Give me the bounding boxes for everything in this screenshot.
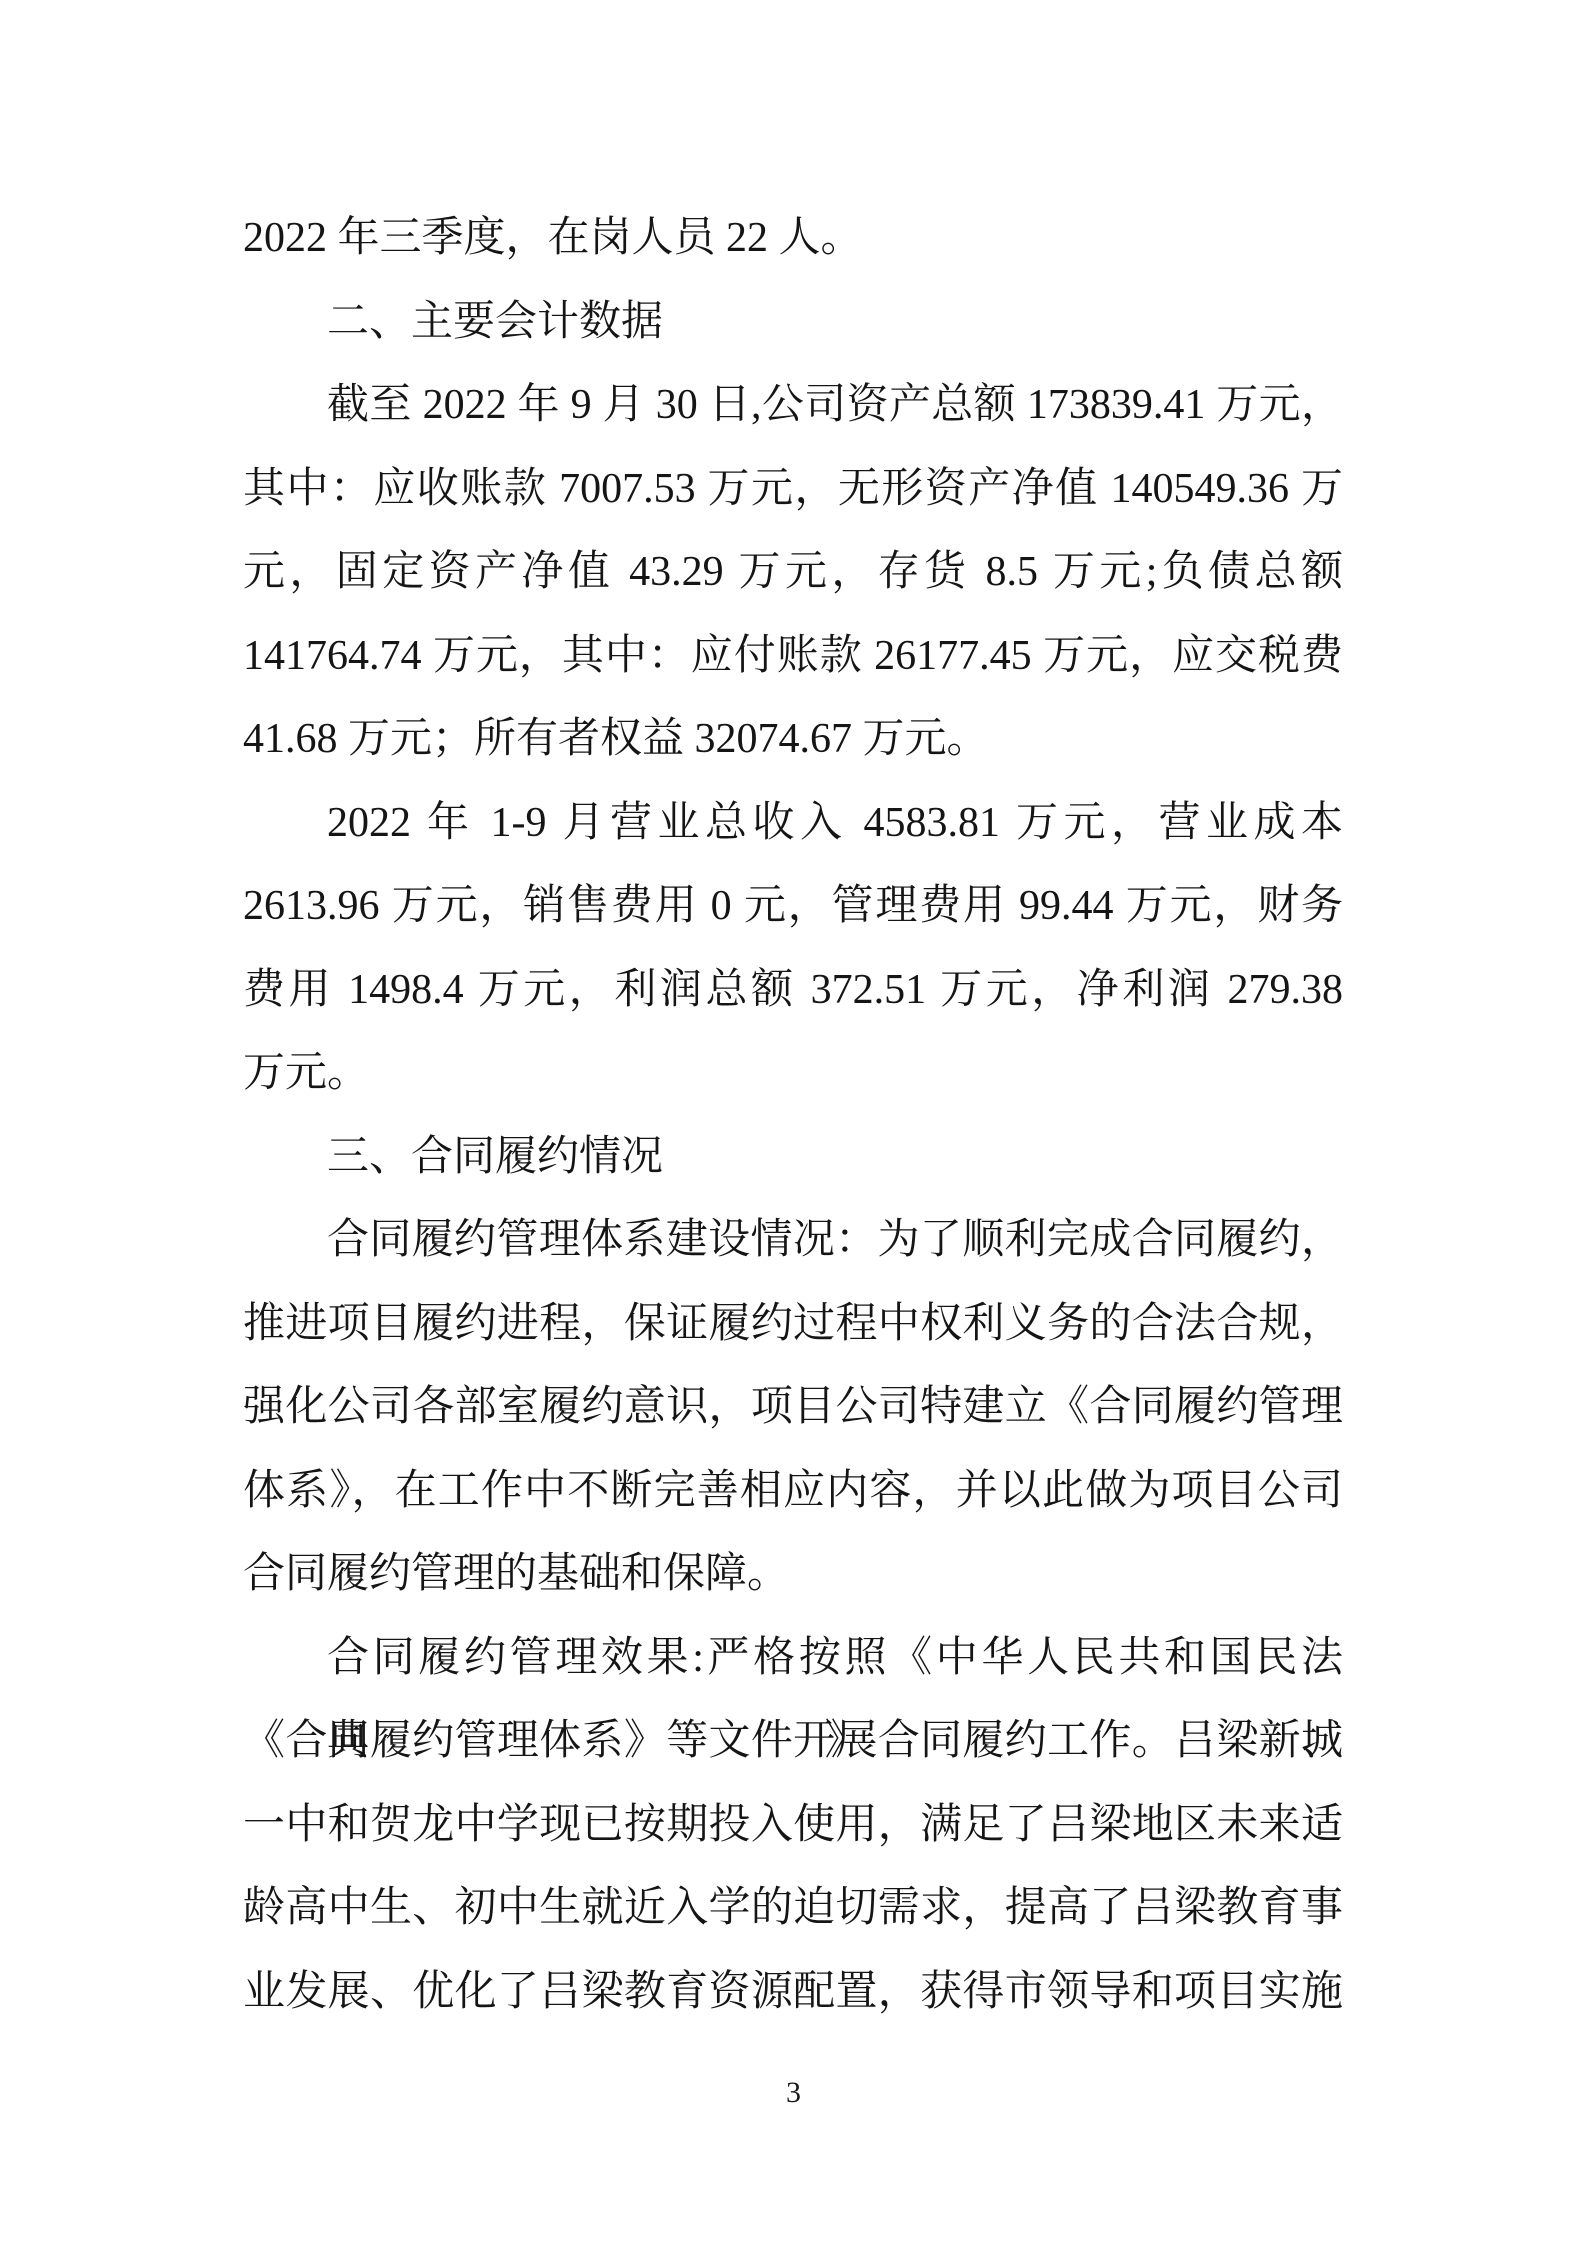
paragraph-line: 141764.74 万元，其中：应付账款 26177.45 万元，应交税费: [243, 615, 1343, 699]
paragraph-line: 2613.96 万元，销售费用 0 元，管理费用 99.44 万元，财务: [243, 865, 1343, 949]
document-page-body: 2022 年三季度，在岗人员 22 人。 二、主要会计数据 截至 2022 年 …: [243, 197, 1343, 2034]
paragraph-line: 41.68 万元；所有者权益 32074.67 万元。: [243, 698, 1343, 782]
paragraph-line: 元，固定资产净值 43.29 万元，存货 8.5 万元;负债总额: [243, 531, 1343, 615]
paragraph-line: 费用 1498.4 万元，利润总额 372.51 万元，净利润 279.38: [243, 949, 1343, 1033]
page-number: 3: [0, 2068, 1587, 2118]
paragraph-line: 万元。: [243, 1032, 1343, 1116]
paragraph-line: 《合同履约管理体系》等文件开展合同履约工作。吕梁新城: [243, 1700, 1343, 1784]
paragraph-line: 龄高中生、初中生就近入学的迫切需求，提高了吕梁教育事: [243, 1867, 1343, 1951]
paragraph-line: 合同履约管理的基础和保障。: [243, 1533, 1343, 1617]
paragraph-line: 业发展、优化了吕梁教育资源配置，获得市领导和项目实施: [243, 1951, 1343, 2035]
section-heading-3: 三、合同履约情况: [243, 1116, 1343, 1200]
section-heading-2: 二、主要会计数据: [243, 281, 1343, 365]
paragraph-line: 强化公司各部室履约意识，项目公司特建立《合同履约管理: [243, 1366, 1343, 1450]
paragraph-line: 合同履约管理体系建设情况：为了顺利完成合同履约，: [243, 1199, 1343, 1283]
paragraph-line: 体系》，在工作中不断完善相应内容，并以此做为项目公司: [243, 1450, 1343, 1534]
paragraph-line: 一中和贺龙中学现已按期投入使用，满足了吕梁地区未来适: [243, 1784, 1343, 1868]
paragraph-line: 截至 2022 年 9 月 30 日,公司资产总额 173839.41 万元，: [243, 364, 1343, 448]
paragraph-line: 推进项目履约进程，保证履约过程中权利义务的合法合规，: [243, 1283, 1343, 1367]
paragraph-line: 2022 年 1-9 月营业总收入 4583.81 万元，营业成本: [243, 782, 1343, 866]
paragraph-line: 其中：应收账款 7007.53 万元，无形资产净值 140549.36 万: [243, 448, 1343, 532]
paragraph-line: 2022 年三季度，在岗人员 22 人。: [243, 197, 1343, 281]
paragraph-line: 合同履约管理效果:严格按照《中华人民共和国民法典》、: [243, 1617, 1343, 1701]
